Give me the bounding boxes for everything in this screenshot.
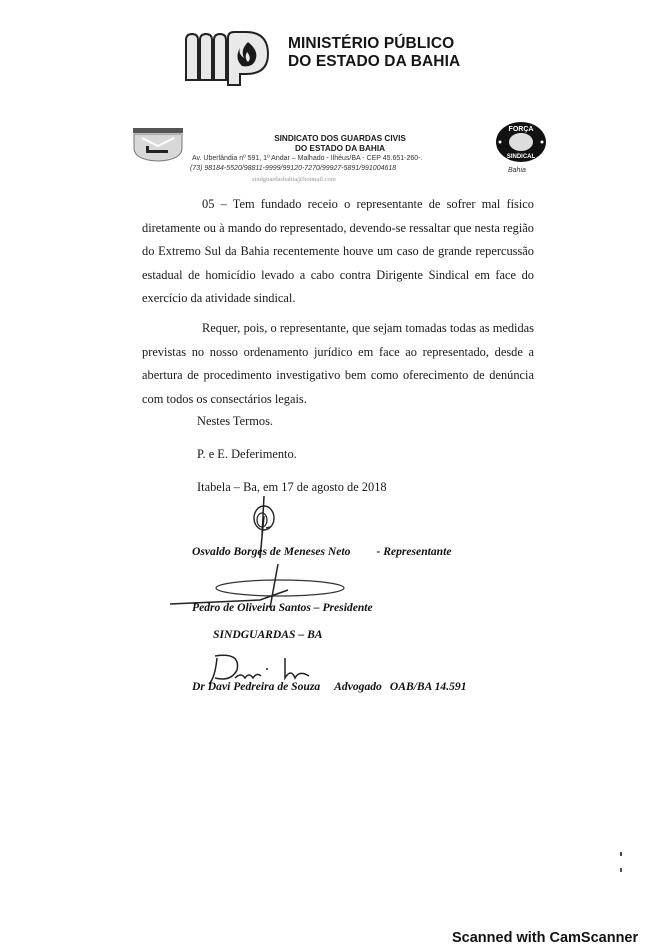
union-name: SINDICATO DOS GUARDAS CIVIS DO ESTADO DA… — [190, 134, 490, 153]
paragraph-request: Requer, pois, o representante, que sejam… — [142, 317, 534, 411]
union-name-line1: SINDICATO DOS GUARDAS CIVIS — [190, 134, 490, 144]
mp-flame-logo-icon — [182, 28, 272, 86]
mp-title: MINISTÉRIO PÚBLICO DO ESTADO DA BAHIA — [288, 35, 460, 71]
mp-title-line2: DO ESTADO DA BAHIA — [288, 53, 460, 71]
svg-text:FORÇA: FORÇA — [509, 126, 534, 133]
signatory-lawyer: Dr Davi Pedreira de SouzaAdvogadoOAB/BA … — [192, 680, 467, 693]
union-address: Av. Uberlândia nº 591, 1º Andar – Malhad… — [192, 155, 422, 162]
oab-registration: OAB/BA 14.591 — [390, 680, 467, 693]
signatory-name: Osvaldo Borges de Meneses Neto — [192, 545, 350, 558]
forca-sindical-seal-icon: FORÇA SINDICAL — [494, 120, 548, 164]
signatory-role: – Presidente — [314, 601, 373, 614]
signatory-representative: Osvaldo Borges de Meneses Neto- Represen… — [192, 545, 451, 558]
union-email: sindguardasbahia@hotmail.com — [252, 176, 336, 183]
camscanner-watermark: Scanned with CamScanner — [452, 930, 638, 946]
signatory-role: Advogado — [334, 680, 382, 693]
signatory-name: Pedro de Oliveira Santos — [192, 601, 311, 614]
signatory-president: Pedro de Oliveira Santos – Presidente — [192, 601, 373, 614]
union-phones: (73) 98184-5520/98811-9999/99120-7270/99… — [190, 165, 396, 172]
paragraph-05: 05 – Tem fundado receio o representante … — [142, 193, 534, 311]
deferment-text: P. e E. Deferimento. — [197, 447, 297, 462]
sindguardas-shield-logo-icon — [130, 126, 186, 162]
paragraph-request-text: Requer, pois, o representante, que sejam… — [142, 321, 534, 406]
svg-text:SINDICAL: SINDICAL — [507, 154, 536, 160]
signatory-role: - Representante — [376, 545, 451, 558]
closing-text: Nestes Termos. — [197, 414, 273, 429]
signatory-name: Dr Davi Pedreira de Souza — [192, 680, 320, 693]
mp-title-line1: MINISTÉRIO PÚBLICO — [288, 35, 460, 53]
seal-caption: Bahia — [508, 167, 526, 174]
signatory-organization: SINDGUARDAS – BA — [213, 628, 323, 641]
union-name-line2: DO ESTADO DA BAHIA — [190, 144, 490, 154]
place-date: Itabela – Ba, em 17 de agosto de 2018 — [197, 480, 387, 495]
scan-artifact-icon — [619, 848, 623, 884]
paragraph-05-text: 05 – Tem fundado receio o representante … — [142, 197, 534, 305]
